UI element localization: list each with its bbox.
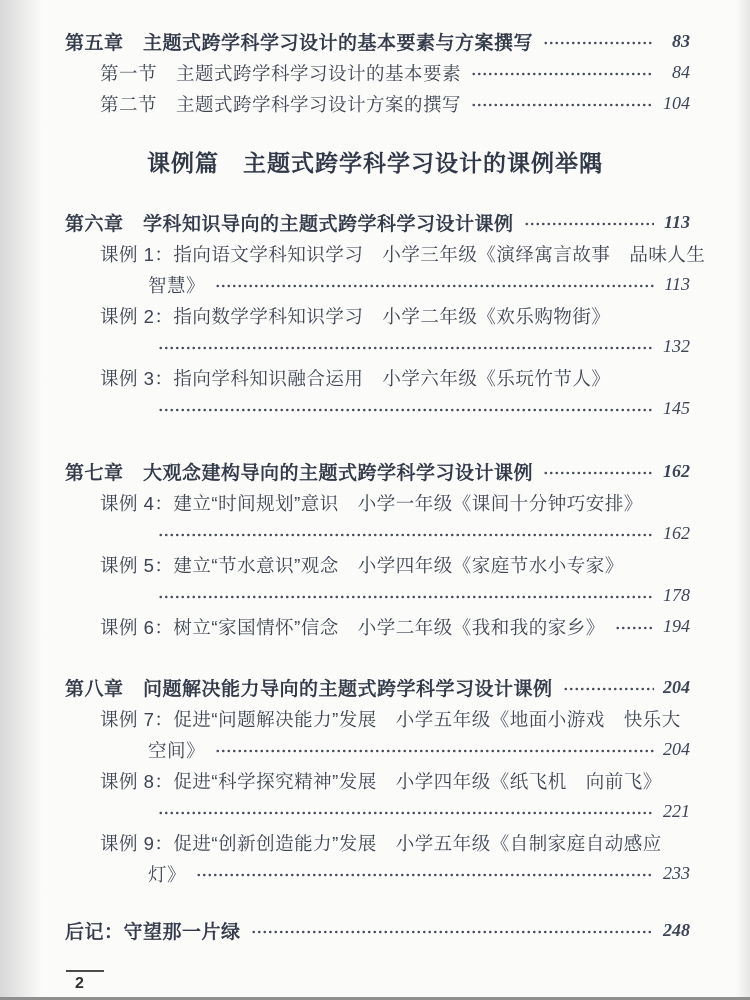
toc-chapter-8: 第八章 问题解决能力导向的主题式跨学科学习设计课例 204 (0, 672, 750, 703)
toc-text: 课例 7：促进“问题解决能力”发展 小学五年级《地面小游戏 快乐大 (100, 706, 681, 732)
dot-leader (471, 94, 654, 113)
page-number: 113 (662, 274, 690, 295)
page-number: 194 (662, 616, 690, 637)
toc-text: 智慧》 (148, 272, 205, 298)
page-number: 162 (662, 523, 690, 544)
toc-case-3-line-2: 145 (0, 393, 750, 424)
dot-leader (615, 617, 654, 636)
dot-leader (543, 32, 654, 51)
page-number: 221 (662, 801, 690, 822)
dot-leader (158, 524, 654, 543)
toc-case-4-line-1: 课例 4：建立“时间规划”意识 小学一年级《课间十分钟巧安排》 (0, 487, 750, 518)
toc-afterword: 后记：守望那一片绿 248 (0, 915, 750, 946)
footer-rule (66, 970, 104, 972)
toc-page: 第五章 主题式跨学科学习设计的基本要素与方案撰写 83 第一节 主题式跨学科学习… (0, 0, 750, 1000)
dot-leader (524, 213, 654, 232)
toc-chapter-7: 第七章 大观念建构导向的主题式跨学科学习设计课例 162 (0, 456, 750, 487)
toc-text: 课例 3：指向学科知识融合运用 小学六年级《乐玩竹节人》 (100, 365, 610, 391)
dot-leader (158, 802, 654, 821)
toc-case-2-line-1: 课例 2：指向数学学科知识学习 小学二年级《欢乐购物街》 (0, 300, 750, 331)
footer-page-number: 2 (66, 975, 106, 993)
toc-text: 课例 8：促进“科学探究精神”发展 小学四年级《纸飞机 向前飞》 (100, 768, 662, 794)
toc-text: 第八章 问题解决能力导向的主题式跨学科学习设计课例 (65, 674, 553, 701)
toc-case-7-line-1: 课例 7：促进“问题解决能力”发展 小学五年级《地面小游戏 快乐大 (0, 703, 750, 734)
toc-case-1-line-2: 智慧》 113 (0, 269, 750, 300)
toc-text: 第五章 主题式跨学科学习设计的基本要素与方案撰写 (65, 28, 533, 55)
dot-leader (543, 462, 654, 481)
toc-case-4-line-2: 162 (0, 518, 750, 549)
dot-leader (563, 678, 654, 697)
toc-text: 灯》 (148, 861, 186, 887)
toc-text: 第七章 大观念建构导向的主题式跨学科学习设计课例 (65, 458, 533, 485)
page-number: 104 (662, 93, 690, 114)
toc-text: 第一节 主题式跨学科学习设计的基本要素 (100, 60, 461, 86)
toc-case-5-line-2: 178 (0, 580, 750, 611)
toc-section-5-2: 第二节 主题式跨学科学习设计方案的撰写 104 (0, 88, 750, 119)
toc-case-1-line-1: 课例 1：指向语文学科知识学习 小学三年级《演绎寓言故事 品味人生 (0, 238, 750, 269)
dot-leader (471, 63, 654, 82)
toc-text: 课例 6：树立“家国情怀”信念 小学二年级《我和我的家乡》 (100, 614, 605, 640)
toc-text: 课例 2：指向数学学科知识学习 小学二年级《欢乐购物街》 (100, 303, 610, 329)
page-number: 84 (662, 62, 690, 83)
toc-text: 第六章 学科知识导向的主题式跨学科学习设计课例 (65, 209, 514, 236)
page-number: 83 (662, 31, 690, 52)
page-number: 113 (662, 212, 690, 233)
toc-case-8-line-1: 课例 8：促进“科学探究精神”发展 小学四年级《纸飞机 向前飞》 (0, 765, 750, 796)
toc-text: 第二节 主题式跨学科学习设计方案的撰写 (100, 91, 461, 117)
toc-case-2-line-2: 132 (0, 331, 750, 362)
toc-text: 课例 1：指向语文学科知识学习 小学三年级《演绎寓言故事 品味人生 (100, 241, 705, 267)
page-number: 162 (662, 461, 690, 482)
dot-leader (251, 921, 654, 940)
toc-case-3-line-1: 课例 3：指向学科知识融合运用 小学六年级《乐玩竹节人》 (0, 362, 750, 393)
dot-leader (158, 586, 654, 605)
page-number: 248 (662, 920, 690, 941)
toc-text: 后记：守望那一片绿 (65, 917, 241, 944)
toc-case-6: 课例 6：树立“家国情怀”信念 小学二年级《我和我的家乡》 194 (0, 611, 750, 642)
page-number: 204 (662, 739, 690, 760)
page-number: 204 (662, 677, 690, 698)
page-number: 132 (662, 336, 690, 357)
toc-chapter-6: 第六章 学科知识导向的主题式跨学科学习设计课例 113 (0, 207, 750, 238)
toc-case-9-line-1: 课例 9：促进“创新创造能力”发展 小学五年级《自制家庭自动感应 (0, 827, 750, 858)
part-heading: 课例篇 主题式跨学科学习设计的课例举隅 (0, 145, 750, 181)
page-number: 145 (662, 398, 690, 419)
toc-section-5-1: 第一节 主题式跨学科学习设计的基本要素 84 (0, 57, 750, 88)
toc-text: 课例 5：建立“节水意识”观念 小学四年级《家庭节水小专家》 (100, 552, 624, 578)
toc-text: 课例 9：促进“创新创造能力”发展 小学五年级《自制家庭自动感应 (100, 830, 662, 856)
toc-case-9-line-2: 灯》 233 (0, 858, 750, 889)
dot-leader (196, 864, 654, 883)
toc-text: 空间》 (148, 737, 205, 763)
dot-leader (215, 275, 654, 294)
toc-case-5-line-1: 课例 5：建立“节水意识”观念 小学四年级《家庭节水小专家》 (0, 549, 750, 580)
dot-leader (215, 740, 654, 759)
toc-case-7-line-2: 空间》 204 (0, 734, 750, 765)
dot-leader (158, 337, 654, 356)
page-number: 178 (662, 585, 690, 606)
toc-text: 课例 4：建立“时间规划”意识 小学一年级《课间十分钟巧安排》 (100, 490, 643, 516)
toc-case-8-line-2: 221 (0, 796, 750, 827)
page-footer: 2 (66, 970, 106, 993)
dot-leader (158, 399, 654, 418)
page-number: 233 (662, 863, 690, 884)
toc-content: 第五章 主题式跨学科学习设计的基本要素与方案撰写 83 第一节 主题式跨学科学习… (0, 0, 750, 993)
toc-chapter-5: 第五章 主题式跨学科学习设计的基本要素与方案撰写 83 (0, 26, 750, 57)
